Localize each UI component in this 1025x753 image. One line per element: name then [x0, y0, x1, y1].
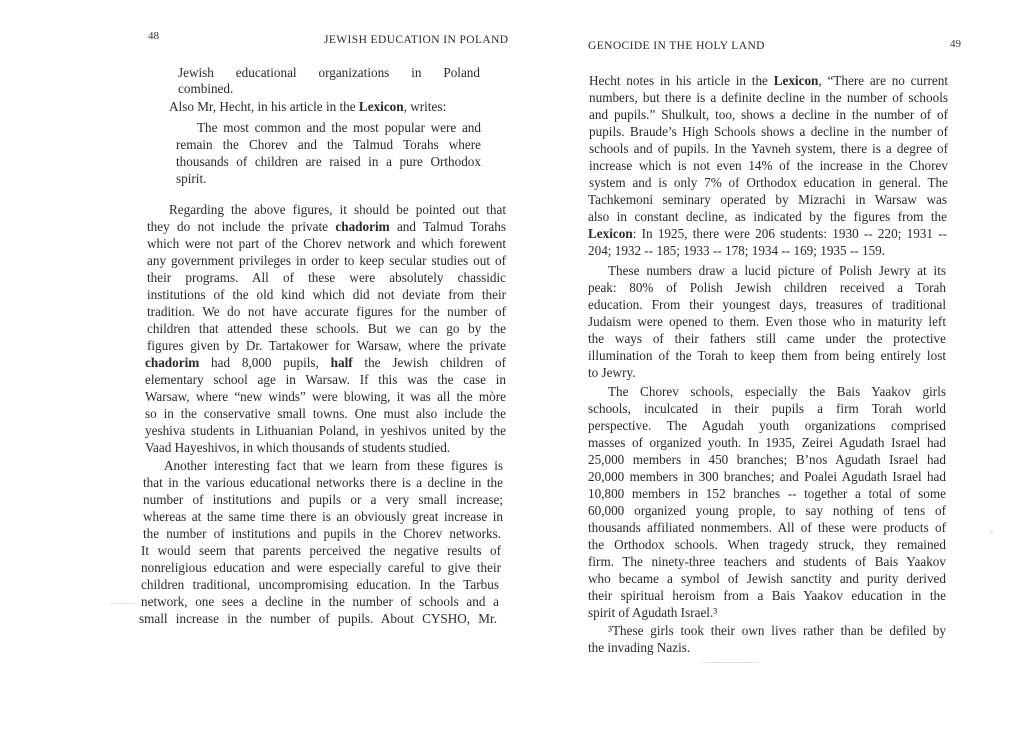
text-line: figures given by Dr. Tartakower for Wars…	[147, 337, 506, 354]
text-line: elementary school age in Warsaw. If this…	[145, 371, 506, 388]
text-line: Another interesting fact that we learn f…	[164, 457, 503, 474]
text-line: number of institutions and pupils or a v…	[143, 491, 503, 508]
text-line: numbers, but there is a definite decline…	[589, 89, 948, 106]
running-head: JEWISH EDUCATION IN POLAND	[324, 34, 508, 46]
scan-artifact	[700, 662, 760, 663]
text-line: schools, inculcated in their pupils a fi…	[588, 400, 946, 417]
text-line: thousands affiliated nonmembers. All of …	[588, 519, 946, 536]
text-line: whereas at the same time there is an obv…	[143, 508, 503, 525]
text-line: network, one sees a decline in the numbe…	[141, 593, 499, 610]
text-line: It would seem that parents perceived the…	[141, 542, 501, 559]
text-line: Hecht notes in his article in the Lexico…	[589, 72, 948, 89]
text-line: Vaad Hayeshivos, in which thousands of s…	[145, 439, 506, 456]
text-line: yeshiva students in Lithuanian Poland, i…	[145, 422, 506, 439]
text-line: These numbers draw a lucid picture of Po…	[608, 262, 946, 279]
text-line: peak: 80% of Polish Jewish children rece…	[588, 279, 946, 296]
text-line: 204; 1932 -- 185; 1933 -- 178; 1934 -- 1…	[588, 242, 947, 259]
scan-artifact	[108, 603, 138, 604]
text-line: system and is only 7% of Orthodox educat…	[589, 174, 948, 191]
text-line: thousands of children are raised in a pu…	[176, 153, 481, 170]
text-line: that in the various educational networks…	[143, 474, 503, 491]
text-line: tradition. We do not have accurate figur…	[147, 303, 506, 320]
text-line: masses of organized youth. In 1935, Zeir…	[588, 434, 946, 451]
text-line: increase which is not even 14% of the in…	[589, 157, 948, 174]
text-line: illumination of the Torah to keep them f…	[588, 347, 946, 364]
text-line: The Chorev schools, especially the Bais …	[608, 383, 946, 400]
text-line: Warsaw, where “new winds” were blowing, …	[145, 388, 506, 405]
text-line: Tachkemoni seminary operated by Mizrachi…	[588, 191, 947, 208]
text-line: Regarding the above figures, it should b…	[169, 201, 506, 218]
text-line: also in constant decline, as indicated b…	[588, 208, 947, 225]
text-line: Jewish educational organizations in Pola…	[178, 64, 480, 81]
text-line: 60,000 organized young prople, to say no…	[588, 502, 946, 519]
text-line: ³These girls took their own lives rather…	[608, 622, 946, 639]
text-line: combined.	[178, 80, 480, 97]
text-line: their programs. All of these were absolu…	[147, 269, 506, 286]
text-line: and pupils.” Shulkult, too, shows a decl…	[589, 106, 948, 123]
text-line: children that attended these schools. Bu…	[147, 320, 506, 337]
text-line: Also Mr, Hecht, in his article in the Le…	[169, 98, 481, 115]
page-number: 49	[950, 38, 961, 50]
text-line: schools and of pupils. In the Yavneh sys…	[589, 140, 948, 157]
text-line: Judaism were opened to them. Even those …	[588, 313, 946, 330]
text-line: firm. The ninety-three teachers and stud…	[588, 553, 946, 570]
text-line: the invading Nazis.	[588, 639, 926, 656]
text-line: the number of institutions and pupils in…	[143, 525, 501, 542]
text-line: the ways of their fathers still came und…	[588, 330, 946, 347]
text-line: chadorim had 8,000 pupils, half the Jewi…	[145, 354, 506, 371]
text-line: 10,800 members in 152 branches -- togeth…	[588, 485, 946, 502]
text-line: spirit.	[176, 170, 481, 187]
text-line: their spiritual heroism from a Bais Yaak…	[588, 587, 946, 604]
text-line: remain the Chorev and the Talmud Torahs …	[176, 136, 481, 153]
text-line: which were not part of the Chorev networ…	[147, 235, 506, 252]
text-line: 25,000 members in 450 branches; B’nos Ag…	[588, 451, 946, 468]
text-line: spirit of Agudath Israel.³	[588, 604, 946, 621]
text-line: children traditional, uncompromising edu…	[141, 576, 499, 593]
text-line: Lexicon: In 1925, there were 206 student…	[588, 225, 947, 242]
text-line: The most common and the most popular wer…	[197, 119, 481, 136]
text-line: so in the conservative small towns. One …	[145, 405, 506, 422]
text-line: perspective. The Agudah youth organizati…	[588, 417, 946, 434]
scan-artifact	[990, 530, 993, 533]
text-line: nonreligious education and were especial…	[141, 559, 501, 576]
text-line: pupils. Braude’s High Schools shows a de…	[589, 123, 948, 140]
right-page: GENOCIDE IN THE HOLY LAND 49 Hecht notes…	[512, 0, 1025, 753]
text-line: education. From their youngest days, tre…	[588, 296, 946, 313]
text-line: they do not include the private chadorim…	[147, 218, 506, 235]
running-head: GENOCIDE IN THE HOLY LAND	[588, 40, 765, 52]
text-line: small increase in the number of pupils. …	[139, 610, 497, 627]
text-line: any government privileges in order to ke…	[147, 252, 506, 269]
page-number: 48	[148, 30, 159, 42]
text-line: who became a symbol of Jewish sanctity a…	[588, 570, 946, 587]
left-page: 48 JEWISH EDUCATION IN POLAND Jewish edu…	[0, 0, 512, 753]
text-line: institutions of the old kind which did n…	[147, 286, 506, 303]
text-line: to Jewry.	[588, 364, 946, 381]
text-line: the Orthodox schools. When tragedy struc…	[588, 536, 946, 553]
text-line: 20,000 members in 300 branches; and Poal…	[588, 468, 946, 485]
